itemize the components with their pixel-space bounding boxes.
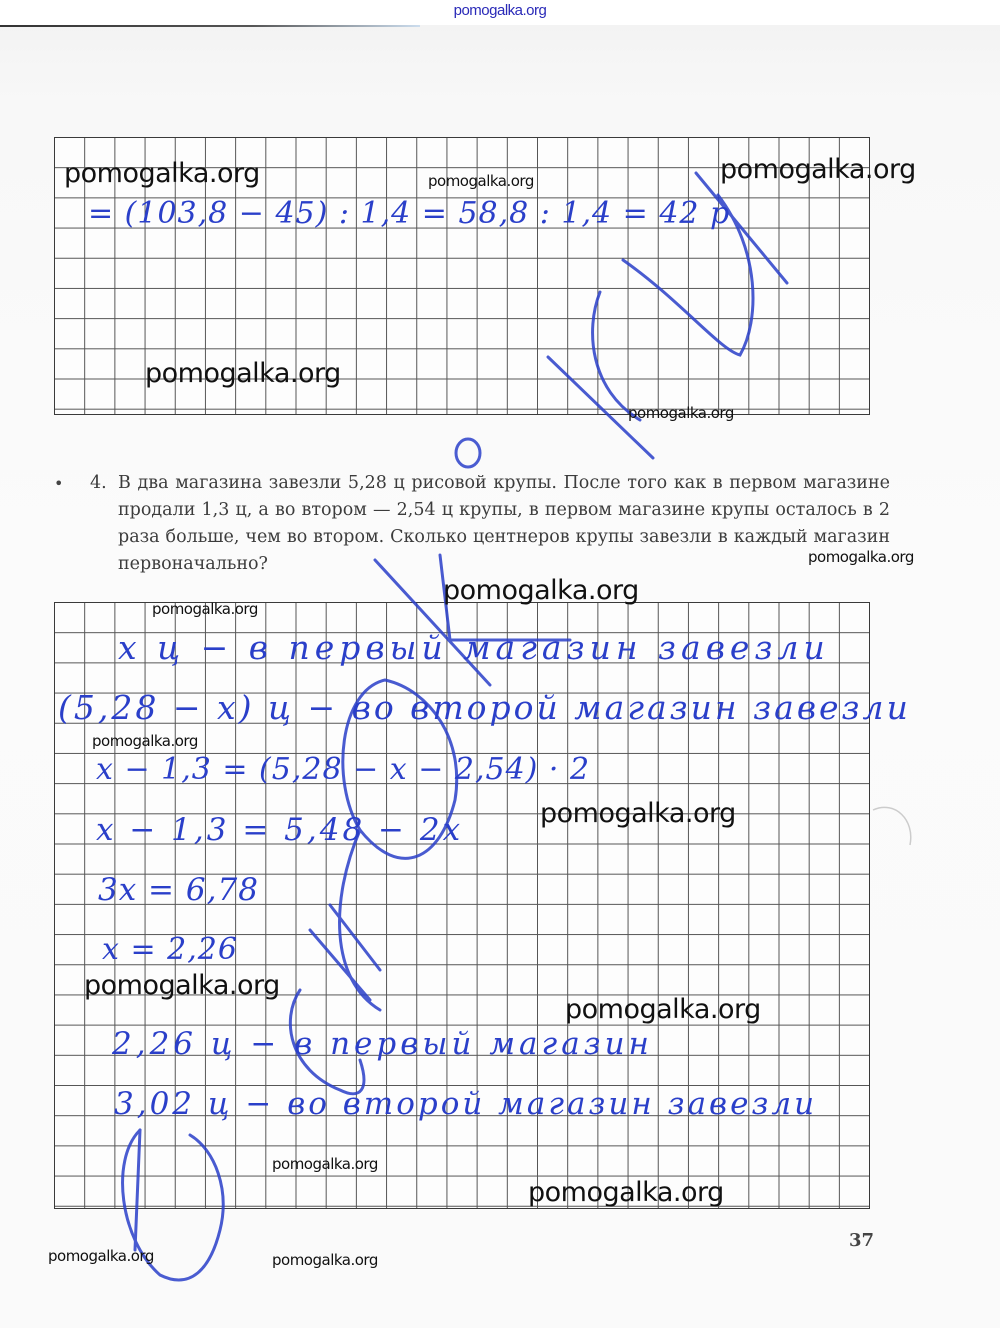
watermark: pomogalka.org	[152, 600, 258, 618]
site-brand-link[interactable]: pomogalka.org	[0, 2, 1000, 19]
page-number: 37	[849, 1230, 874, 1251]
watermark: pomogalka.org	[48, 1247, 154, 1265]
watermark: pomogalka.org	[720, 154, 916, 185]
watermark: pomogalka.org	[272, 1155, 378, 1173]
watermark: pomogalka.org	[443, 575, 639, 606]
handwritten-line-2: (5,28 − x) ц − во второй магазин завезли	[58, 688, 911, 727]
site-header: pomogalka.org	[0, 0, 1000, 25]
watermark: pomogalka.org	[84, 970, 280, 1001]
watermark: pomogalka.org	[628, 404, 734, 422]
watermark: pomogalka.org	[145, 358, 341, 389]
handwritten-top-line-1: = (103,8 − 45) : 1,4 = 58,8 : 1,4 = 42 р	[88, 196, 730, 231]
watermark: pomogalka.org	[64, 158, 260, 189]
problem-text: В два магазина завезли 5,28 ц рисовой кр…	[118, 470, 890, 578]
watermark: pomogalka.org	[92, 732, 198, 750]
watermark: pomogalka.org	[428, 172, 534, 190]
page-edge-shadow	[0, 25, 420, 27]
watermark: pomogalka.org	[808, 548, 914, 566]
handwritten-line-8: 3,02 ц − во второй магазин завезли	[114, 1086, 817, 1122]
handwritten-line-3: x − 1,3 = (5,28 − x − 2,54) · 2	[96, 752, 590, 787]
handwritten-line-1: x ц − в первый магазин завезли	[118, 628, 830, 667]
handwritten-line-7: 2,26 ц − в первый магазин	[112, 1026, 653, 1062]
watermark: pomogalka.org	[528, 1177, 724, 1208]
handwritten-line-4: x − 1,3 = 5,48 − 2x	[96, 812, 463, 848]
bullet-dot-icon: •	[54, 470, 63, 497]
watermark: pomogalka.org	[565, 994, 761, 1025]
handwritten-line-6: x = 2,26	[102, 932, 238, 967]
watermark: pomogalka.org	[272, 1251, 378, 1269]
handwritten-line-5: 3x = 6,78	[98, 872, 259, 908]
problem-number: 4.	[90, 470, 107, 497]
watermark: pomogalka.org	[540, 798, 736, 829]
problem-4: • 4. В два магазина завезли 5,28 ц рисов…	[50, 470, 890, 578]
